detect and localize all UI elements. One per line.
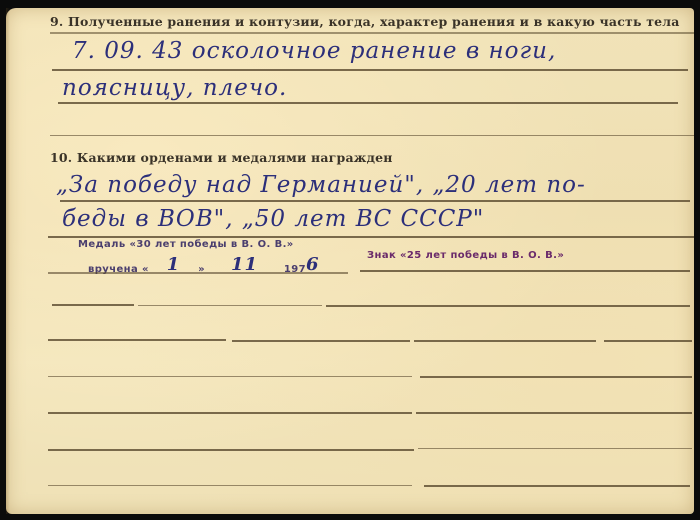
ruled-line	[604, 340, 692, 342]
ruled-line	[424, 485, 690, 487]
ruled-line	[414, 340, 596, 342]
ruled-line	[418, 448, 692, 449]
stamp-badge-25-years: Знак «25 лет победы в В. О. В.»	[367, 250, 564, 261]
section9-answer-line1: 7. 09. 43 осколочное ранение в ноги,	[72, 38, 556, 64]
ruled-line	[58, 102, 678, 104]
ruled-line	[138, 305, 322, 306]
ruled-line	[48, 339, 226, 341]
ruled-line	[50, 135, 694, 136]
ruled-line	[416, 412, 692, 414]
ruled-line	[60, 200, 690, 202]
section10-answer-line2: беды в ВОВ", „50 лет ВС СССР"	[62, 206, 484, 232]
stamp-awarded-date: вручена « 1 » 11 1976	[88, 256, 320, 277]
ruled-line	[48, 412, 412, 414]
section10-answer-line1: „За победу над Германией", „20 лет по-	[56, 172, 586, 198]
ruled-line	[232, 340, 410, 342]
ruled-line	[48, 485, 412, 486]
ruled-line	[48, 272, 348, 274]
ruled-line	[48, 376, 412, 377]
paper-crease	[6, 8, 10, 514]
ruled-line	[420, 376, 692, 378]
section9-label: 9. Полученные ранения и контузии, когда,…	[50, 14, 680, 29]
section9-answer-line2: поясницу, плечо.	[62, 75, 287, 101]
ruled-line	[326, 305, 690, 307]
section10-label: 10. Какими орденами и медалями награжден	[50, 150, 393, 165]
section9-label-rule	[50, 32, 694, 34]
ruled-line	[360, 270, 690, 272]
ruled-line	[52, 69, 688, 71]
ruled-line	[48, 236, 694, 238]
ruled-line	[48, 449, 414, 451]
ruled-line	[52, 304, 134, 306]
stamp-medal-30-years: Медаль «30 лет победы в В. О. В.»	[78, 239, 294, 250]
